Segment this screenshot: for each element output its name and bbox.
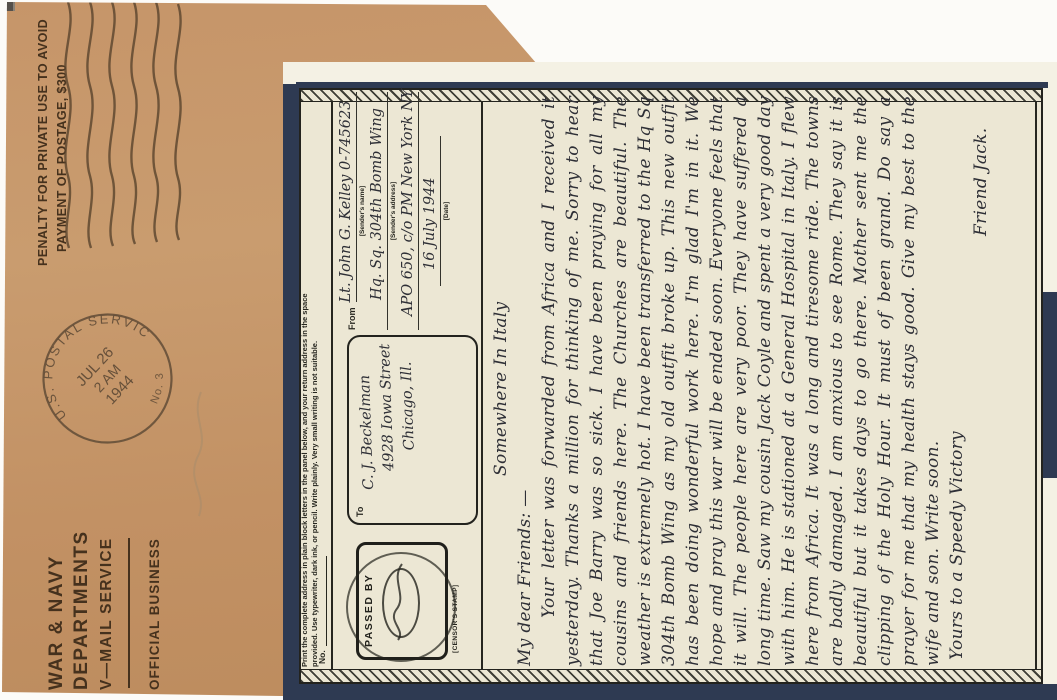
dept-line1: WAR & NAVY (44, 448, 69, 690)
official-business-label: OFFICIAL BUSINESS (147, 448, 162, 690)
censor-signature-squiggle (384, 562, 414, 642)
recipient-address: C. J. Beckelman 4928 Iowa Street Chicago… (354, 336, 423, 524)
dept-line2: DEPARTMENTS (69, 448, 94, 690)
sender-address2-line: APO 650, c/o PM New York NY (398, 92, 419, 330)
postmark-ring-text: U.S. POSTAL SERVICE (0, 265, 155, 444)
vmail-scan: PENALTY FOR PRIVATE USE TO AVOID PAYMENT… (0, 0, 1057, 700)
photo-edge-left (283, 84, 300, 700)
message-heading: Somewhere In Italy (489, 96, 513, 476)
photo-edge-bottom (283, 684, 1057, 700)
message-salutation: My dear Friends: — (513, 96, 537, 666)
censor-stamp-caption: [CENSOR'S STAMP] (452, 549, 463, 653)
penalty-line1: PENALTY FOR PRIVATE USE TO AVOID (34, 8, 53, 266)
message-body: Your letter was forwarded from Africa an… (537, 96, 945, 666)
sender-name: Lt. John G. Kelley 0-745623 (338, 101, 354, 303)
date-caption: [Date] (442, 136, 451, 286)
cancellation-wavy-lines-icon (58, 0, 198, 250)
sender-name-caption: [Sender's name] (358, 92, 367, 330)
date-line: 16 July 1944 (420, 136, 441, 286)
from-label: From (347, 308, 357, 331)
sender-address-line: Hq. Sq. 304th Bomb Wing (367, 92, 388, 330)
svg-text:U.S. POSTAL SERVICE: U.S. POSTAL SERVICE (0, 265, 155, 444)
return-address-block: WAR & NAVY DEPARTMENTS V—MAIL SERVICE OF… (44, 448, 186, 690)
svg-text:No. 3: No. 3 (137, 366, 180, 409)
to-panel: To C. J. Beckelman 4928 Iowa Street Chic… (347, 335, 478, 525)
sender-name-line: Lt. John G. Kelley 0-745623 (336, 92, 357, 303)
form-hatch-border-bottom (301, 669, 1041, 682)
sender-address-caption: [Sender's address] (389, 92, 398, 330)
sender-address2: APO 650, c/o PM New York NY (400, 89, 416, 316)
message-closing: Yours to a Speedy Victory (945, 96, 969, 660)
pencil-scribble (185, 388, 217, 520)
letter-message: Somewhere In Italy My dear Friends: — Yo… (489, 96, 1033, 666)
form-margin-line (331, 101, 333, 669)
divider-rule (128, 538, 130, 688)
recipient-city: Chicago, Ill. (396, 336, 421, 451)
form-inner-border-right (1035, 101, 1037, 669)
from-panel: From Lt. John G. Kelley 0-745623 [Sender… (336, 92, 470, 330)
sender-address: Hq. Sq. 304th Bomb Wing (369, 108, 385, 300)
letter-date: 16 July 1944 (422, 177, 438, 270)
censor-number-row: No. (313, 556, 327, 664)
postmark-station: No. 3 (137, 366, 180, 409)
address-message-separator (481, 101, 483, 669)
no-blank-line (316, 556, 327, 646)
envelope-corner-mark (0, 0, 15, 11)
instructions-line1: Print the complete address in plain bloc… (300, 170, 310, 667)
dept-line3: V—MAIL SERVICE (94, 448, 119, 690)
no-label: No. (317, 650, 327, 664)
message-signature: Friend Jack. (969, 96, 993, 236)
